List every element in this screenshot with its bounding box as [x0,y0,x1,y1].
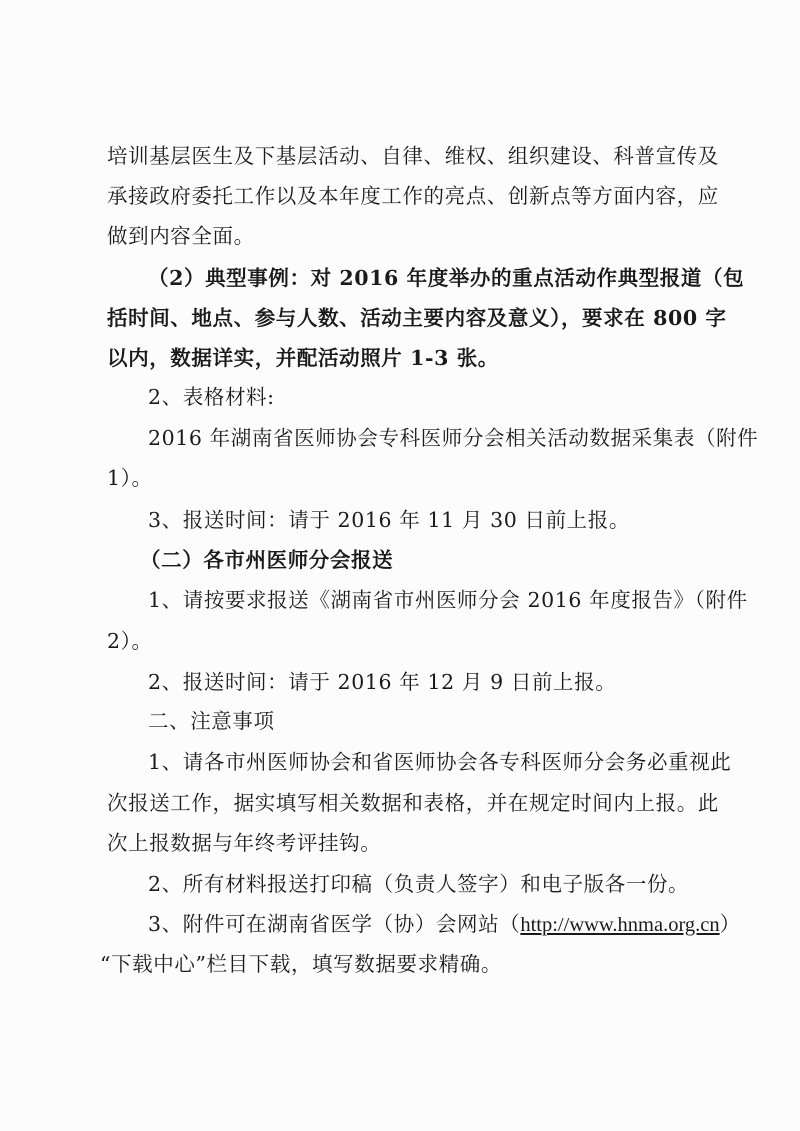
section-cities-submit-time: 2、报送时间：请于 2016 年 12 月 9 日前上报。 [148,668,738,696]
item-3-suffix: ） [720,912,741,936]
paragraph-line: 培训基层医生及下基层活动、自律、维权、组织建设、科普宣传及 [107,142,697,170]
table-materials-line: 2016 年湖南省医师协会专科医师分会相关活动数据采集表（附件 [148,424,697,452]
typical-cases-line: 括时间、地点、参与人数、活动主要内容及意义），要求在 800 字 [107,304,697,332]
section-cities-item-line: 2）。 [107,627,697,655]
paragraph-line: 承接政府委托工作以及本年度工作的亮点、创新点等方面内容，应 [107,182,697,210]
section-notes-item-3-line2: “下载中心”栏目下载，填写数据要求精确。 [100,950,690,978]
section-notes-item-3: 3、附件可在湖南省医学（协）会网站（http://www.hnma.org.cn… [148,910,708,939]
section-notes-item-line: 次上报数据与年终考评挂钩。 [107,829,697,857]
item-3-prefix: 3、附件可在湖南省医学（协）会网站（ [148,912,520,936]
section-notes-item-line: 1、请各市州医师协会和省医师协会各专科医师分会务必重视此 [148,748,697,776]
website-link[interactable]: http://www.hnma.org.cn [520,914,719,936]
submit-time-line: 3、报送时间：请于 2016 年 11 月 30 日前上报。 [148,506,738,534]
section-notes-item-line: 次报送工作，据实填写相关数据和表格，并在规定时间内上报。此 [107,789,697,817]
table-materials-heading: 2、表格材料: [148,383,738,411]
section-notes-item-2: 2、所有材料报送打印稿（负责人签字）和电子版各一份。 [148,870,738,898]
table-materials-line: 1）。 [107,464,697,492]
section-notes-heading: 二、注意事项 [148,707,738,735]
section-cities-item-line: 1、请按要求报送《湖南省市州医师分会 2016 年度报告》（附件 [148,586,697,614]
typical-cases-line: （2）典型事例：对 2016 年度举办的重点活动作典型报道（包 [148,264,697,292]
typical-cases-line: 以内，数据详实，并配活动照片 1-3 张。 [107,344,697,372]
section-cities-heading: （二）各市州医师分会报送 [140,546,730,574]
paragraph-line: 做到内容全面。 [107,222,697,250]
document-page: 培训基层医生及下基层活动、自律、维权、组织建设、科普宣传及 承接政府委托工作以及… [0,0,800,1131]
